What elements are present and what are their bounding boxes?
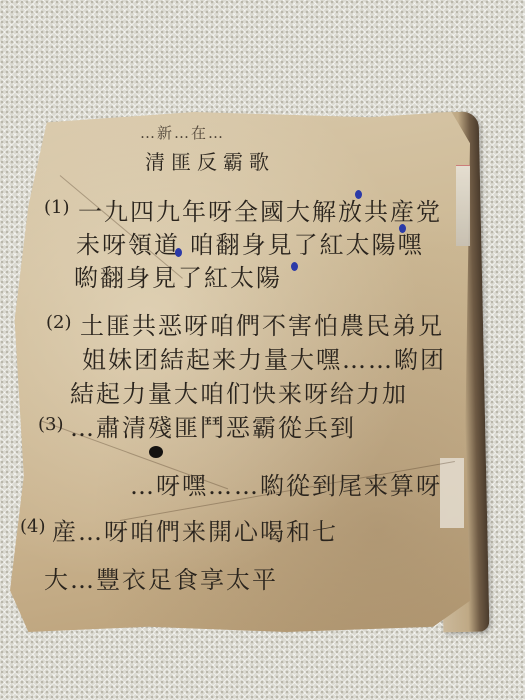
lyric-line: 一九四九年呀全國大解放共産党 (78, 192, 442, 227)
lyric-line: 姐妹团結起来力量大嘿……喲团 (82, 340, 446, 375)
blue-ink-mark (291, 262, 298, 271)
lyric-line: 土匪共恶呀咱們不害怕農民弟兄 (80, 306, 444, 341)
repair-tape (456, 165, 470, 246)
lyric-line: 未呀領道 咱翻身見了紅太陽嘿 (76, 225, 424, 260)
lyric-line: 産…呀咱們来開心喝和七 (52, 512, 338, 547)
blue-ink-mark (399, 224, 406, 233)
lyric-line: …肅清殘匪鬥恶霸從兵到 (70, 408, 356, 443)
blue-ink-mark (175, 248, 182, 257)
stanza-number: (4) (20, 516, 46, 537)
lyric-line: …呀嘿……喲從到尾来算呀 (130, 466, 442, 501)
blue-ink-mark (355, 190, 362, 199)
song-title: 清匪反霸歌 (145, 146, 275, 175)
stanza-number: (1) (44, 197, 70, 218)
lyric-line: 喲翻身見了紅太陽 (74, 258, 282, 293)
lyric-line: 結起力量大咱们快来呀给力加 (70, 374, 408, 409)
stanza-number: (3) (38, 414, 64, 435)
top-scribble: …新…在… (140, 122, 225, 143)
lyric-line: 大…豐衣足食享太平 (44, 560, 278, 595)
stanza-number: (2) (46, 312, 72, 333)
ink-blot (149, 446, 163, 458)
repair-tape-lower (440, 458, 464, 528)
